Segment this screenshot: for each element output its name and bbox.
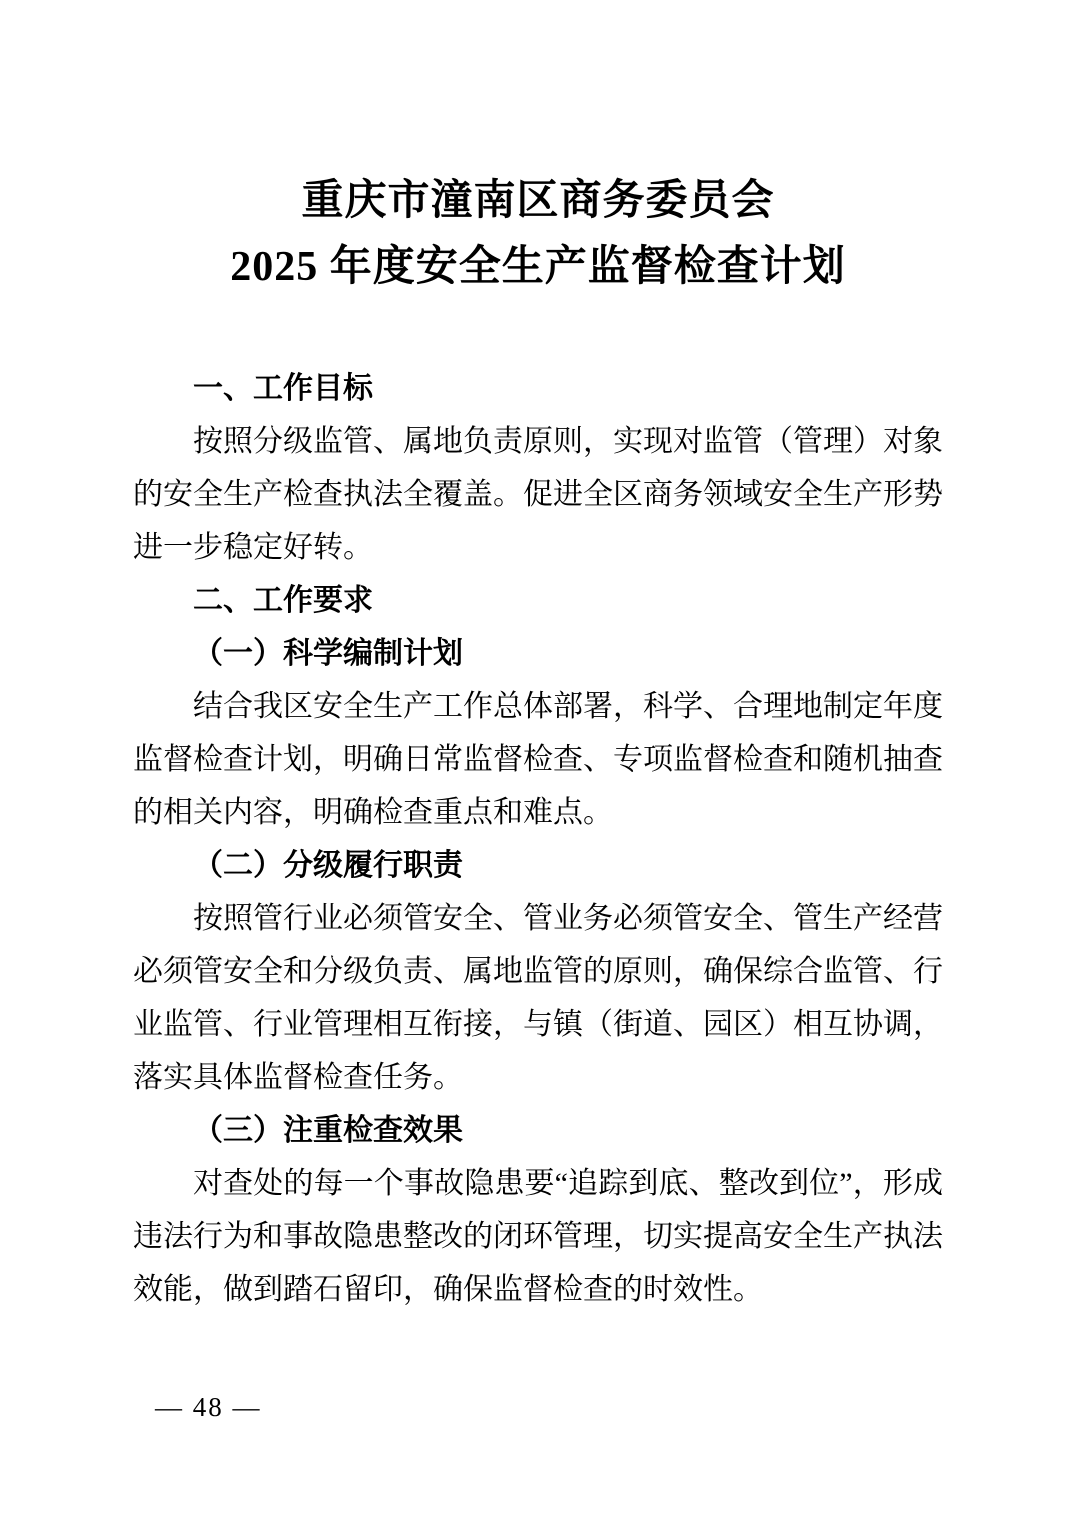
document-content: 重庆市潼南区商务委员会 2025 年度安全生产监督检查计划 一、工作目标 按照分… xyxy=(133,168,943,1316)
document-title-line2: 2025 年度安全生产监督检查计划 xyxy=(133,234,943,300)
paragraph-work-goals: 按照分级监管、属地负责原则，实现对监管（管理）对象的安全生产检查执法全覆盖。促进… xyxy=(133,415,943,574)
paragraph-tiered-duties: 按照管行业必须管安全、管业务必须管安全、管生产经营必须管安全和分级负责、属地监管… xyxy=(133,892,943,1104)
subsection-heading-plan-compilation: （一）科学编制计划 xyxy=(133,627,943,680)
document-title-line1: 重庆市潼南区商务委员会 xyxy=(133,168,943,234)
section-heading-work-goals: 一、工作目标 xyxy=(133,362,943,415)
section-heading-work-requirements: 二、工作要求 xyxy=(133,574,943,627)
page-number: — 48 — xyxy=(155,1390,262,1424)
document-title: 重庆市潼南区商务委员会 2025 年度安全生产监督检查计划 xyxy=(133,168,943,300)
subsection-heading-inspection-results: （三）注重检查效果 xyxy=(133,1104,943,1157)
subsection-heading-tiered-duties: （二）分级履行职责 xyxy=(133,839,943,892)
paragraph-plan-compilation: 结合我区安全生产工作总体部署，科学、合理地制定年度监督检查计划，明确日常监督检查… xyxy=(133,680,943,839)
paragraph-inspection-results: 对查处的每一个事故隐患要“追踪到底、整改到位”，形成违法行为和事故隐患整改的闭环… xyxy=(133,1157,943,1316)
document-page: 重庆市潼南区商务委员会 2025 年度安全生产监督检查计划 一、工作目标 按照分… xyxy=(0,0,1074,1520)
